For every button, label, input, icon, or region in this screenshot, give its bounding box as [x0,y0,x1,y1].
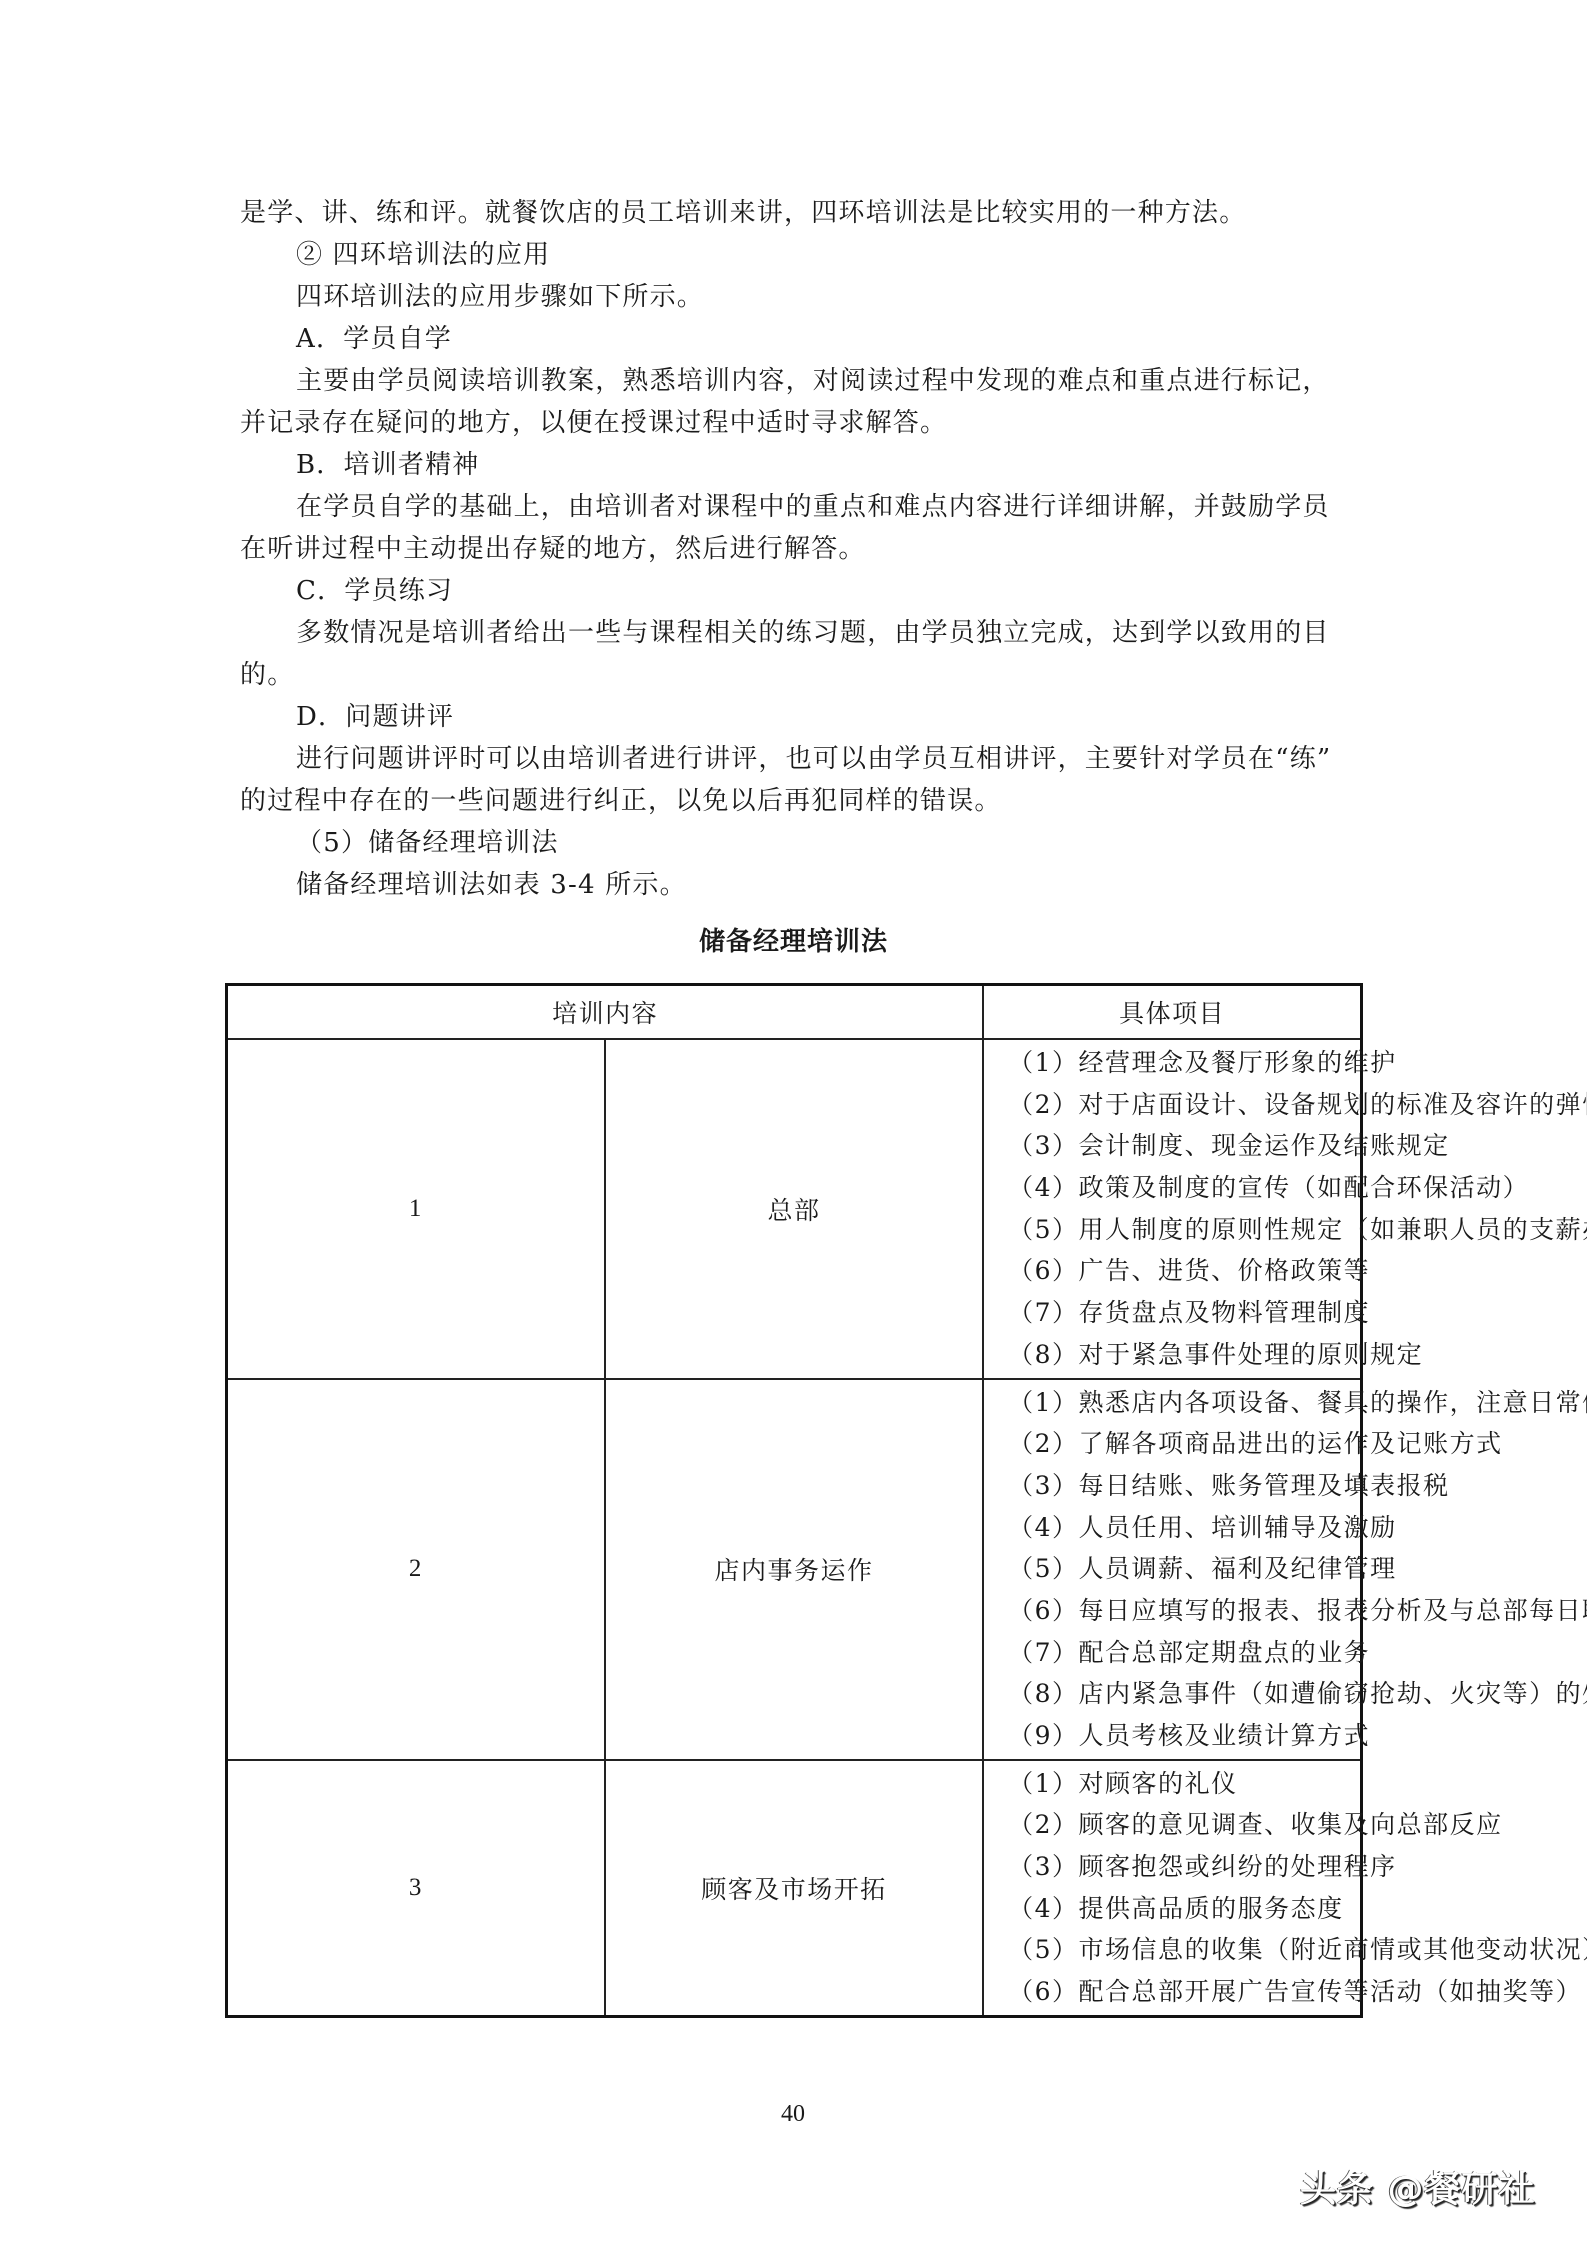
list-item: （1）熟悉店内各项设备、餐具的操作，注意日常保养维修 [1008,1382,1360,1424]
paragraph-line: 进行问题讲评时可以由培训者进行讲评，也可以由学员互相讲评，主要针对学员在“练” [240,738,1348,780]
list-item: （6）配合总部开展广告宣传等活动（如抽奖等） [1008,1971,1360,2013]
paragraph-line: 是学、讲、练和评。就餐饮店的员工培训来讲，四环培训法是比较实用的一种方法。 [240,192,1348,234]
document-page: 是学、讲、练和评。就餐饮店的员工培训来讲，四环培训法是比较实用的一种方法。 ② … [0,0,1587,2245]
list-item: （8）对于紧急事件处理的原则规定 [1008,1334,1360,1376]
paragraph-line: 并记录存在疑问的地方，以便在授课过程中适时寻求解答。 [240,402,1348,444]
step-heading-c: C．学员练习 [240,570,1348,612]
row-category: 总部 [605,1039,983,1379]
paragraph-line: 在学员自学的基础上，由培训者对课程中的重点和难点内容进行详细讲解，并鼓励学员 [240,486,1348,528]
table-header-row: 培训内容 具体项目 [227,985,1362,1040]
list-item: （6）广告、进货、价格政策等 [1008,1250,1360,1292]
paragraph-line: 多数情况是培训者给出一些与课程相关的练习题，由学员独立完成，达到学以致用的目 [240,612,1348,654]
list-item: （2）了解各项商品进出的运作及记账方式 [1008,1423,1360,1465]
step-heading-b: B．培训者精神 [240,444,1348,486]
list-item: （5）人员调薪、福利及纪律管理 [1008,1548,1360,1590]
list-item: （3）会计制度、现金运作及结账规定 [1008,1125,1360,1167]
training-table: 培训内容 具体项目 1 总部 （1）经营理念及餐厅形象的维护 （2）对于店面设计… [225,983,1363,2018]
paragraph-line: 在听讲过程中主动提出存疑的地方，然后进行解答。 [240,528,1348,570]
list-item: （7）配合总部定期盘点的业务 [1008,1632,1360,1674]
row-number: 3 [227,1760,605,2017]
list-item: （5）市场信息的收集（附近商情或其他变动状况） [1008,1929,1360,1971]
list-item: （8）店内紧急事件（如遭偷窃抢劫、火灾等）的处理实务演练 [1008,1673,1360,1715]
body-text: 是学、讲、练和评。就餐饮店的员工培训来讲，四环培训法是比较实用的一种方法。 ② … [240,192,1348,906]
row-category: 店内事务运作 [605,1379,983,1760]
paragraph-line: 四环培训法的应用步骤如下所示。 [240,276,1348,318]
list-item: （6）每日应填写的报表、报表分析及与总部每日联络单的处理 [1008,1590,1360,1632]
list-item: （5）用人制度的原则性规定（如兼职人员的支薪办法） [1008,1209,1360,1251]
page-number: 40 [743,2094,843,2134]
step-heading-a: A．学员自学 [240,318,1348,360]
list-item: （3）每日结账、账务管理及填表报税 [1008,1465,1360,1507]
paragraph-line: 的过程中存在的一些问题进行纠正，以免以后再犯同样的错误。 [240,780,1348,822]
row-number: 2 [227,1379,605,1760]
table-caption: 储备经理培训法 [225,920,1362,964]
list-item: （2）对于店面设计、设备规划的标准及容许的弹性 [1008,1084,1360,1126]
list-item: （2）顾客的意见调查、收集及向总部反应 [1008,1804,1360,1846]
paragraph-line: 主要由学员阅读培训教案，熟悉培训内容，对阅读过程中发现的难点和重点进行标记， [240,360,1348,402]
subsection-heading: （5）储备经理培训法 [240,822,1348,864]
table-row: 1 总部 （1）经营理念及餐厅形象的维护 （2）对于店面设计、设备规划的标准及容… [227,1039,1362,1379]
list-item: （4）人员任用、培训辅导及激励 [1008,1507,1360,1549]
step-heading-d: D．问题讲评 [240,696,1348,738]
paragraph-line: 的。 [240,654,1348,696]
watermark: 头条 @餐研社 [1300,2166,1536,2214]
table-row: 3 顾客及市场开拓 （1）对顾客的礼仪 （2）顾客的意见调查、收集及向总部反应 … [227,1760,1362,2017]
list-item: （1）对顾客的礼仪 [1008,1763,1360,1805]
row-number: 1 [227,1039,605,1379]
header-training-content: 培训内容 [227,985,984,1040]
list-item: （3）顾客抱怨或纠纷的处理程序 [1008,1846,1360,1888]
list-item: （7）存货盘点及物料管理制度 [1008,1292,1360,1334]
list-item: （4）政策及制度的宣传（如配合环保活动） [1008,1167,1360,1209]
list-item: （4）提供高品质的服务态度 [1008,1888,1360,1930]
paragraph-line: 储备经理培训法如表 3-4 所示。 [240,864,1348,906]
row-items: （1）熟悉店内各项设备、餐具的操作，注意日常保养维修 （2）了解各项商品进出的运… [983,1379,1361,1760]
list-item: （9）人员考核及业绩计算方式 [1008,1715,1360,1757]
row-items: （1）经营理念及餐厅形象的维护 （2）对于店面设计、设备规划的标准及容许的弹性 … [983,1039,1361,1379]
table-row: 2 店内事务运作 （1）熟悉店内各项设备、餐具的操作，注意日常保养维修 （2）了… [227,1379,1362,1760]
section-heading: ② 四环培训法的应用 [240,234,1348,276]
list-item: （1）经营理念及餐厅形象的维护 [1008,1042,1360,1084]
row-category: 顾客及市场开拓 [605,1760,983,2017]
row-items: （1）对顾客的礼仪 （2）顾客的意见调查、收集及向总部反应 （3）顾客抱怨或纠纷… [983,1760,1361,2017]
header-specific-items: 具体项目 [983,985,1361,1040]
